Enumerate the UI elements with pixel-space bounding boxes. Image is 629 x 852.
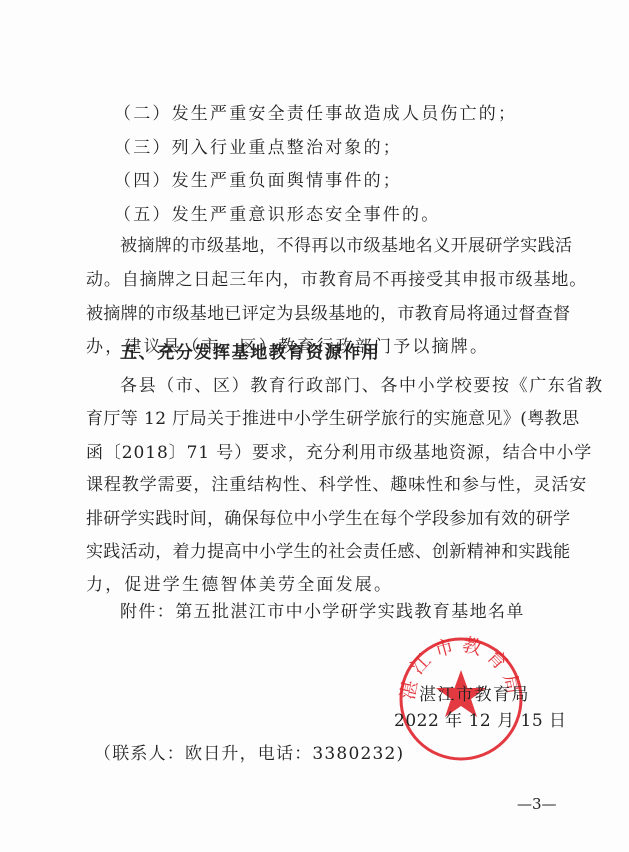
paragraph-line: 函〔2018〕71 号）要求，充分利用市级基地资源，结合中小学 (86, 442, 592, 464)
paragraph-line: 动。自摘牌之日起三年内，市教育局不再接受其申报市级基地。 (86, 269, 587, 291)
issuer-name: 湛江市教育局 (419, 684, 530, 706)
issue-date: 2022 年 12 月 15 日 (394, 710, 567, 732)
paragraph-line: 被摘牌的市级基地已评定为县级基地的，市教育局将通过督查督 (86, 303, 570, 325)
contact-line: （联系人：欧日升，电话：3380232) (94, 743, 404, 765)
paragraph-line: 排研学实践时间，确保每位中小学生在每个学段参加有效的研学 (86, 508, 570, 530)
list-item: （二）发生严重安全责任事故造成人员伤亡的； (114, 103, 517, 125)
page-number: —3— (517, 795, 557, 813)
paragraph-line: 被摘牌的市级基地，不得再以市级基地名义开展研学实践活 (120, 235, 572, 257)
paragraph-line: 实践活动，着力提高中小学生的社会责任感、创新精神和实践能 (86, 541, 570, 563)
paragraph-line: 力，促进学生德智体美劳全面发展。 (86, 574, 393, 596)
list-item: （四）发生严重负面舆情事件的； (114, 170, 402, 192)
paragraph-line: 各县（市、区）教育行政部门、各中小学校要按《广东省教 (120, 375, 604, 397)
section-heading: 五、充分发挥基地教育资源作用 (120, 342, 380, 364)
attachment-line: 附件：第五批湛江市中小学研学实践教育基地名单 (120, 601, 525, 623)
paragraph-line: 课程教学需要，注重结构性、科学性、趣味性和参与性，灵活安 (86, 474, 587, 496)
list-item: （五）发生严重意识形态安全事件的。 (114, 204, 440, 226)
paragraph-line: 育厅等 12 厅局关于推进中小学生研学旅行的实施意见》(粤教思 (86, 408, 579, 430)
list-item: （三）列入行业重点整治对象的； (114, 137, 402, 159)
